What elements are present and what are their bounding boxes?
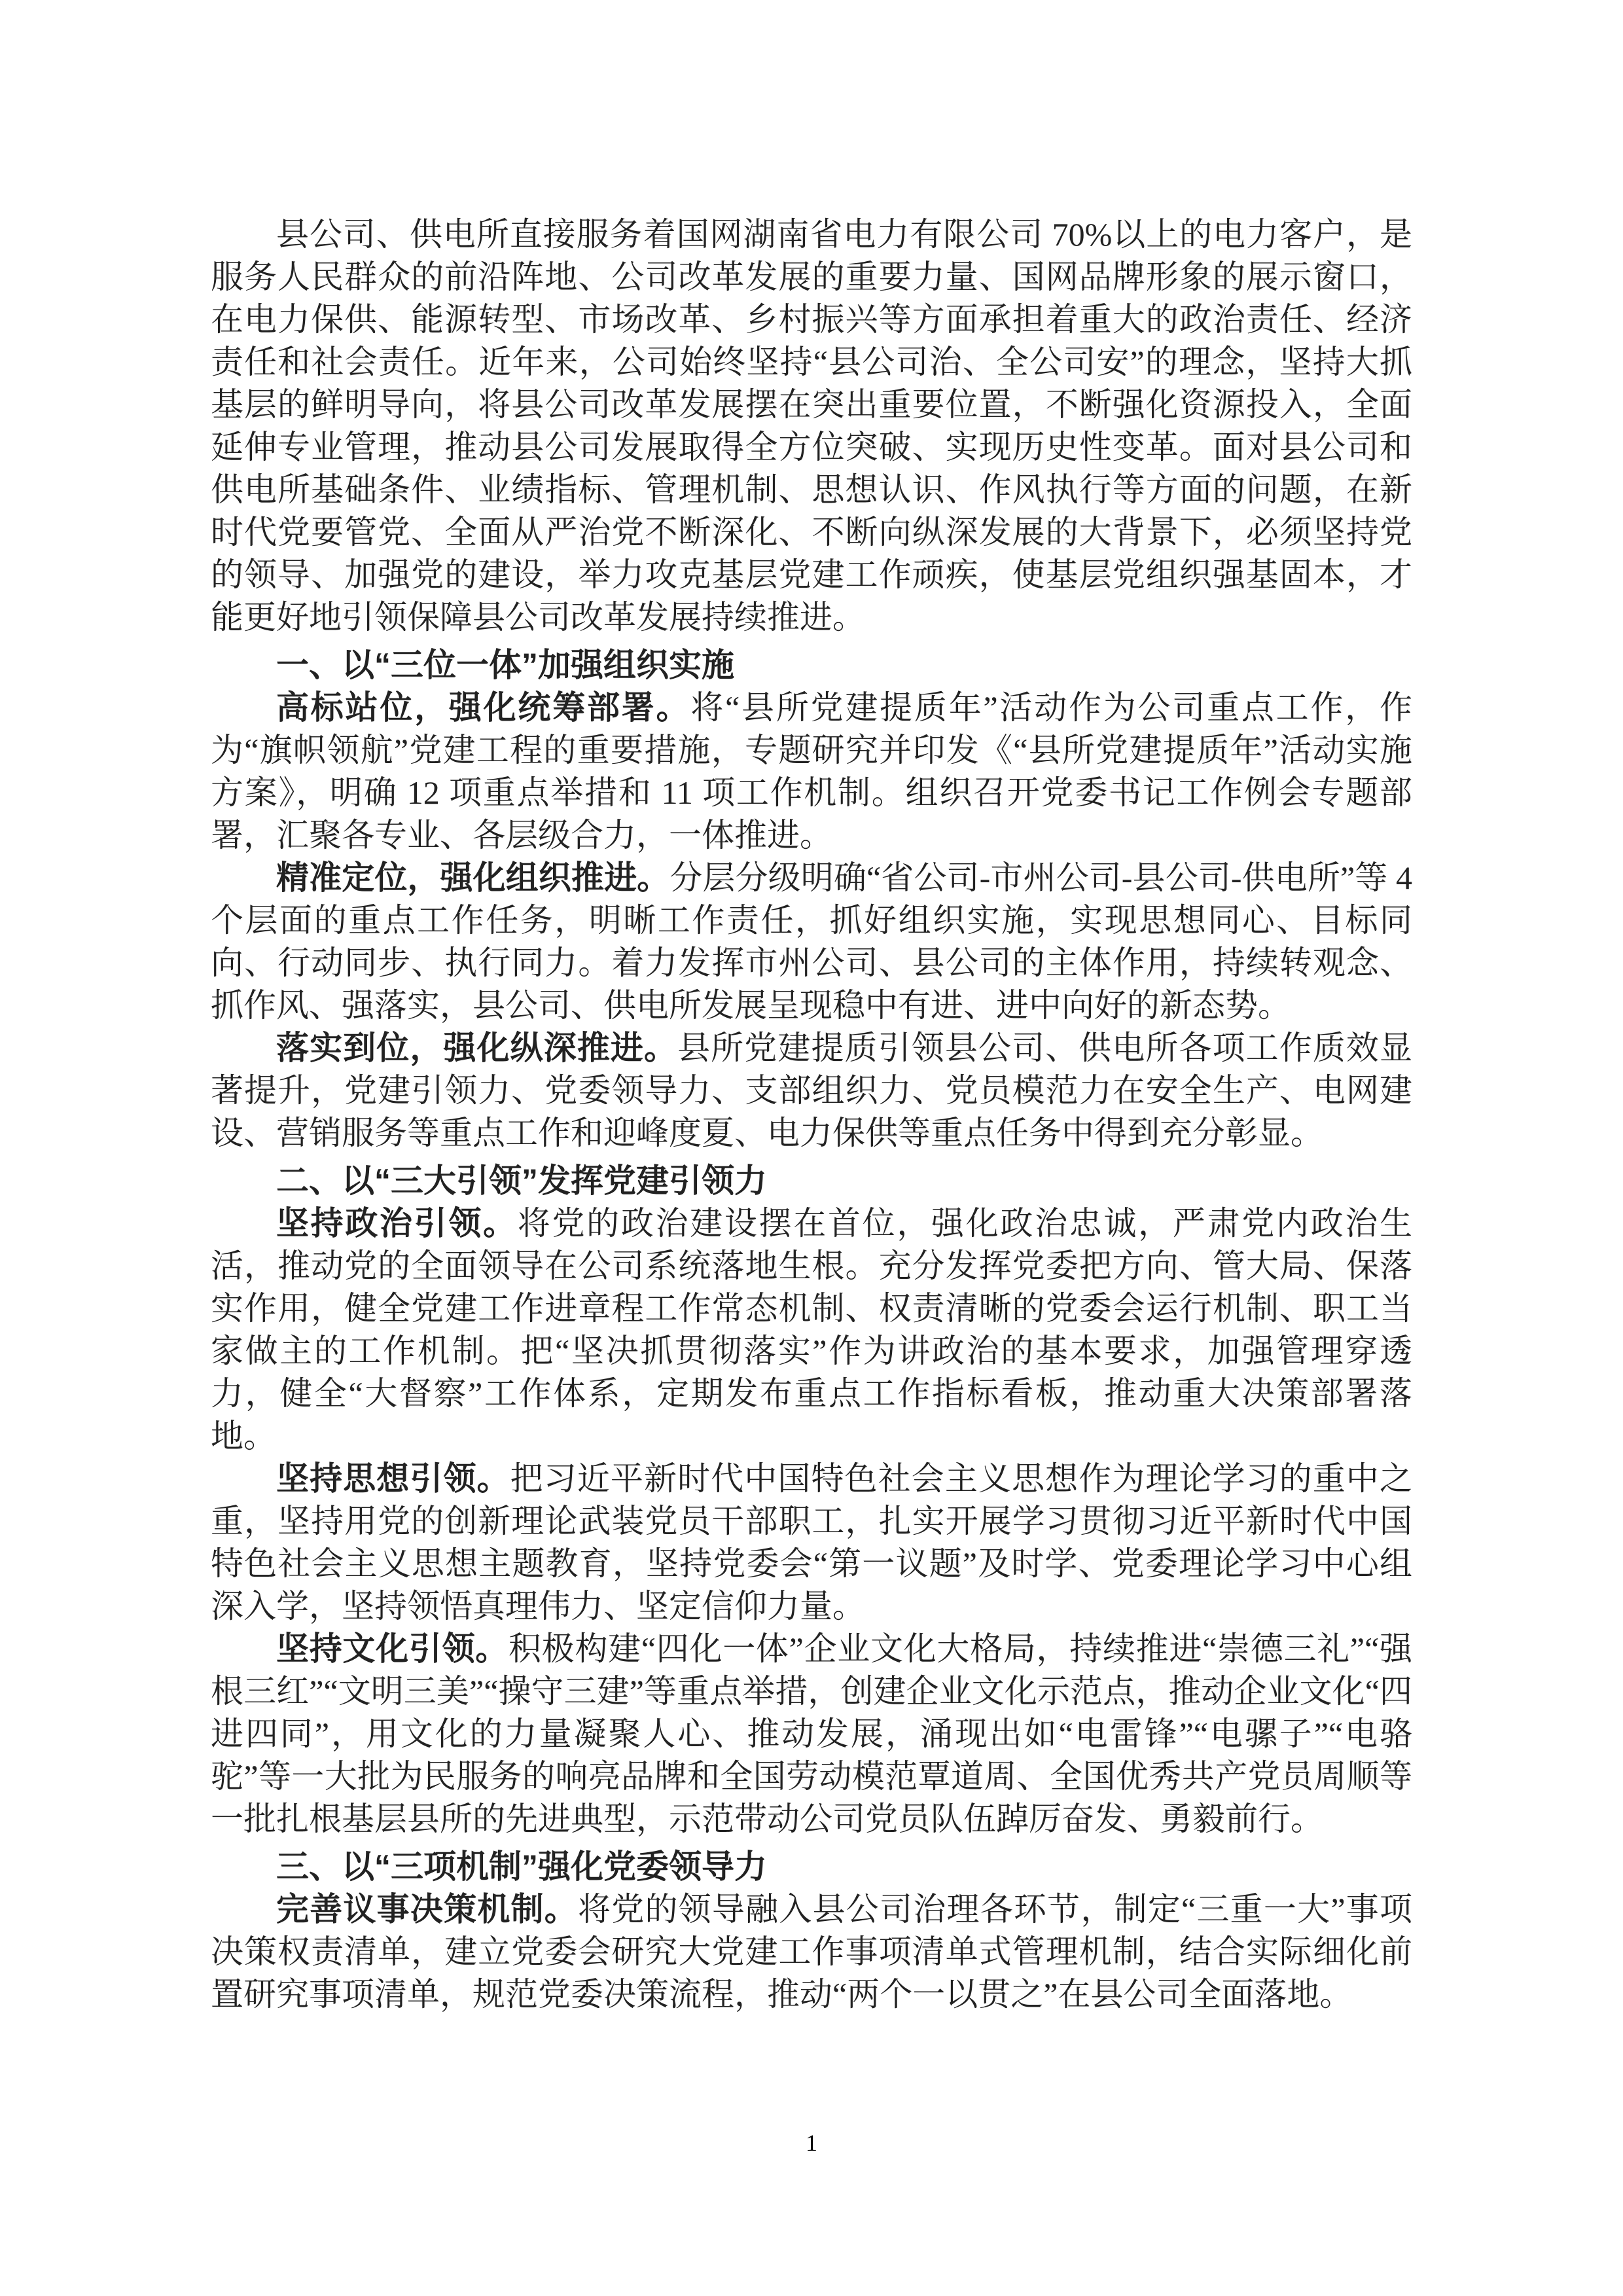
paragraph: 完善议事决策机制。将党的领导融入县公司治理各环节，制定“三重一大”事项决策权责清… xyxy=(211,1888,1412,2016)
section-heading: 一、以“三位一体”加强组织实施 xyxy=(211,644,1412,687)
paragraph: 县公司、供电所直接服务着国网湖南省电力有限公司 70%以上的电力客户，是服务人民… xyxy=(211,213,1412,639)
paragraph-lead: 高标站位，强化统筹部署。 xyxy=(276,689,690,726)
page-number: 1 xyxy=(0,2128,1623,2157)
paragraph: 精准定位，强化组织推进。分层分级明确“省公司-市州公司-县公司-供电所”等 4 … xyxy=(211,857,1412,1027)
paragraph-lead: 坚持文化引领。 xyxy=(276,1630,508,1667)
heading-text: 一、以“三位一体”加强组织实施 xyxy=(276,647,734,683)
paragraph-lead: 精准定位，强化组织推进。 xyxy=(276,859,669,896)
paragraph: 坚持思想引领。把习近平新时代中国特色社会主义思想作为理论学习的重中之重，坚持用党… xyxy=(211,1458,1412,1628)
paragraph-text: 将党的政治建设摆在首位，强化政治忠诚，严肃党内政治生活，推动党的全面领导在公司系… xyxy=(211,1205,1412,1454)
heading-text: 二、以“三大引领”发挥党建引领力 xyxy=(276,1162,767,1199)
section-heading: 三、以“三项机制”强化党委领导力 xyxy=(211,1846,1412,1888)
text-content: 县公司、供电所直接服务着国网湖南省电力有限公司 70%以上的电力客户，是服务人民… xyxy=(211,213,1412,2016)
document-page: 县公司、供电所直接服务着国网湖南省电力有限公司 70%以上的电力客户，是服务人民… xyxy=(0,0,1623,2296)
paragraph: 坚持政治引领。将党的政治建设摆在首位，强化政治忠诚，严肃党内政治生活，推动党的全… xyxy=(211,1202,1412,1458)
paragraph-lead: 坚持思想引领。 xyxy=(276,1460,510,1497)
paragraph-lead: 完善议事决策机制。 xyxy=(276,1891,578,1928)
paragraph: 高标站位，强化统筹部署。将“县所党建提质年”活动作为公司重点工作，作为“旗帜领航… xyxy=(211,687,1412,857)
paragraph-text: 县公司、供电所直接服务着国网湖南省电力有限公司 70%以上的电力客户，是服务人民… xyxy=(211,216,1412,636)
paragraph: 落实到位，强化纵深推进。县所党建提质引领县公司、供电所各项工作质效显著提升，党建… xyxy=(211,1027,1412,1155)
paragraph: 坚持文化引领。积极构建“四化一体”企业文化大格局，持续推进“崇德三礼”“强根三红… xyxy=(211,1628,1412,1840)
section-heading: 二、以“三大引领”发挥党建引领力 xyxy=(211,1160,1412,1202)
paragraph-lead: 落实到位，强化纵深推进。 xyxy=(276,1030,677,1066)
paragraph-lead: 坚持政治引领。 xyxy=(276,1205,518,1242)
heading-text: 三、以“三项机制”强化党委领导力 xyxy=(276,1848,767,1885)
